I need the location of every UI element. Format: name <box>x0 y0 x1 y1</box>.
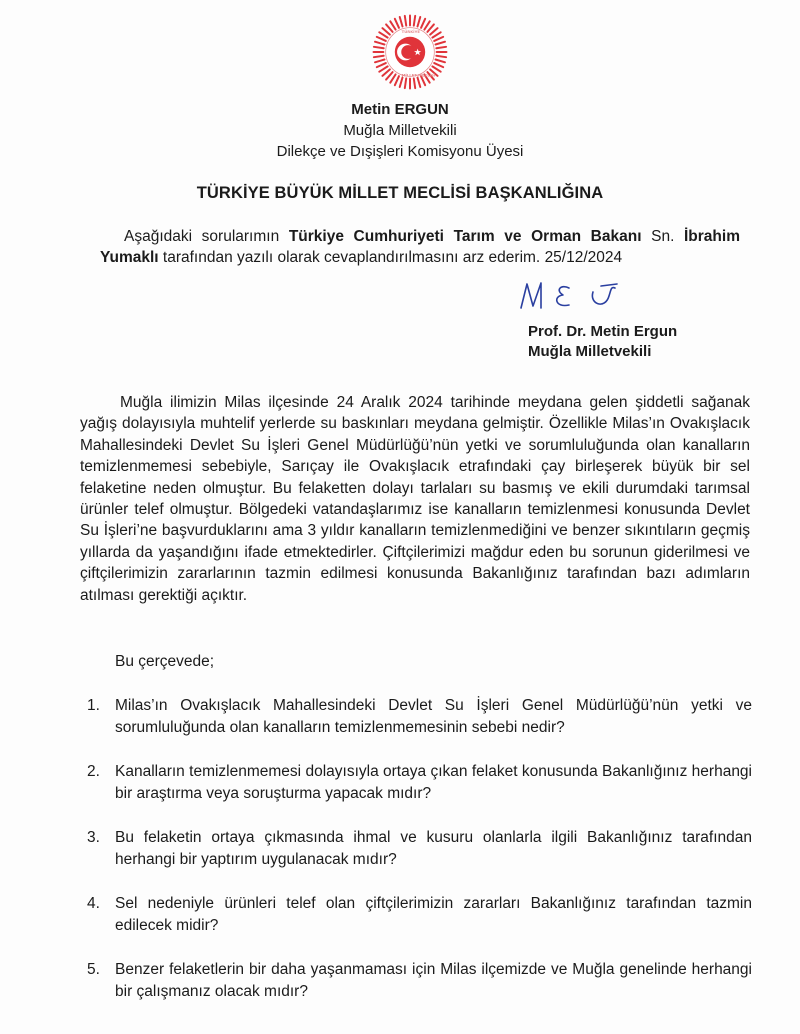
questions-lead: Bu çerçevede; <box>115 653 214 671</box>
intro-paragraph: Aşağıdaki sorularımın Türkiye Cumhuriyet… <box>100 226 740 268</box>
svg-text:TÜRKİYE: TÜRKİYE <box>402 29 421 34</box>
intro-text-1: Aşağıdaki sorularımın <box>124 228 289 245</box>
questions-list: 1. Milas’ın Ovakışlacık Mahallesindeki D… <box>80 695 752 1003</box>
handwritten-signature <box>515 278 665 312</box>
sender-committee: Dilekçe ve Dışişleri Komisyonu Üyesi <box>0 143 800 160</box>
question-number: 5. <box>87 959 100 981</box>
svg-text:MİLLET MECLİSİ: MİLLET MECLİSİ <box>402 72 436 77</box>
question-text: Benzer felaketlerin bir daha yaşanmaması… <box>115 961 752 1000</box>
question-text: Sel nedeniyle ürünleri telef olan çiftçi… <box>115 895 752 934</box>
minister-title: Türkiye Cumhuriyeti Tarım ve Orman Bakan… <box>289 228 642 245</box>
intro-text-2: Sn. <box>642 228 684 245</box>
signature-block: Prof. Dr. Metin Ergun Muğla Milletvekili <box>528 322 677 362</box>
sender-role: Muğla Milletvekili <box>0 122 800 139</box>
letter-date: 25/12/2024 <box>545 249 623 266</box>
tbmm-emblem-icon: TÜRKİYE MİLLET MECLİSİ <box>372 14 448 90</box>
intro-text-3: tarafından yazılı olarak cevaplandırılma… <box>159 249 545 266</box>
question-text: Bu felaketin ortaya çıkmasında ihmal ve … <box>115 829 752 868</box>
question-number: 3. <box>87 827 100 849</box>
question-text: Milas’ın Ovakışlacık Mahallesindeki Devl… <box>115 697 752 736</box>
body-paragraph: Muğla ilimizin Milas ilçesinde 24 Aralık… <box>80 392 750 606</box>
question-text: Kanalların temizlenmemesi dolayısıyla or… <box>115 763 752 802</box>
question-item: 1. Milas’ın Ovakışlacık Mahallesindeki D… <box>80 695 752 739</box>
question-number: 4. <box>87 893 100 915</box>
signatory-title: Prof. Dr. Metin Ergun <box>528 322 677 342</box>
sender-name: Metin ERGUN <box>0 101 800 118</box>
question-number: 2. <box>87 761 100 783</box>
signatory-role: Muğla Milletvekili <box>528 342 677 362</box>
question-item: 5. Benzer felaketlerin bir daha yaşanmam… <box>80 959 752 1003</box>
body-text: Muğla ilimizin Milas ilçesinde 24 Aralık… <box>80 394 750 604</box>
document-page: TÜRKİYE MİLLET MECLİSİ Metin ERGUN Muğla… <box>0 0 800 1034</box>
question-number: 1. <box>87 695 100 717</box>
question-item: 4. Sel nedeniyle ürünleri telef olan çif… <box>80 893 752 937</box>
addressee-title: TÜRKİYE BÜYÜK MİLLET MECLİSİ BAŞKANLIĞIN… <box>0 184 800 203</box>
question-item: 2. Kanalların temizlenmemesi dolayısıyla… <box>80 761 752 805</box>
question-item: 3. Bu felaketin ortaya çıkmasında ihmal … <box>80 827 752 871</box>
